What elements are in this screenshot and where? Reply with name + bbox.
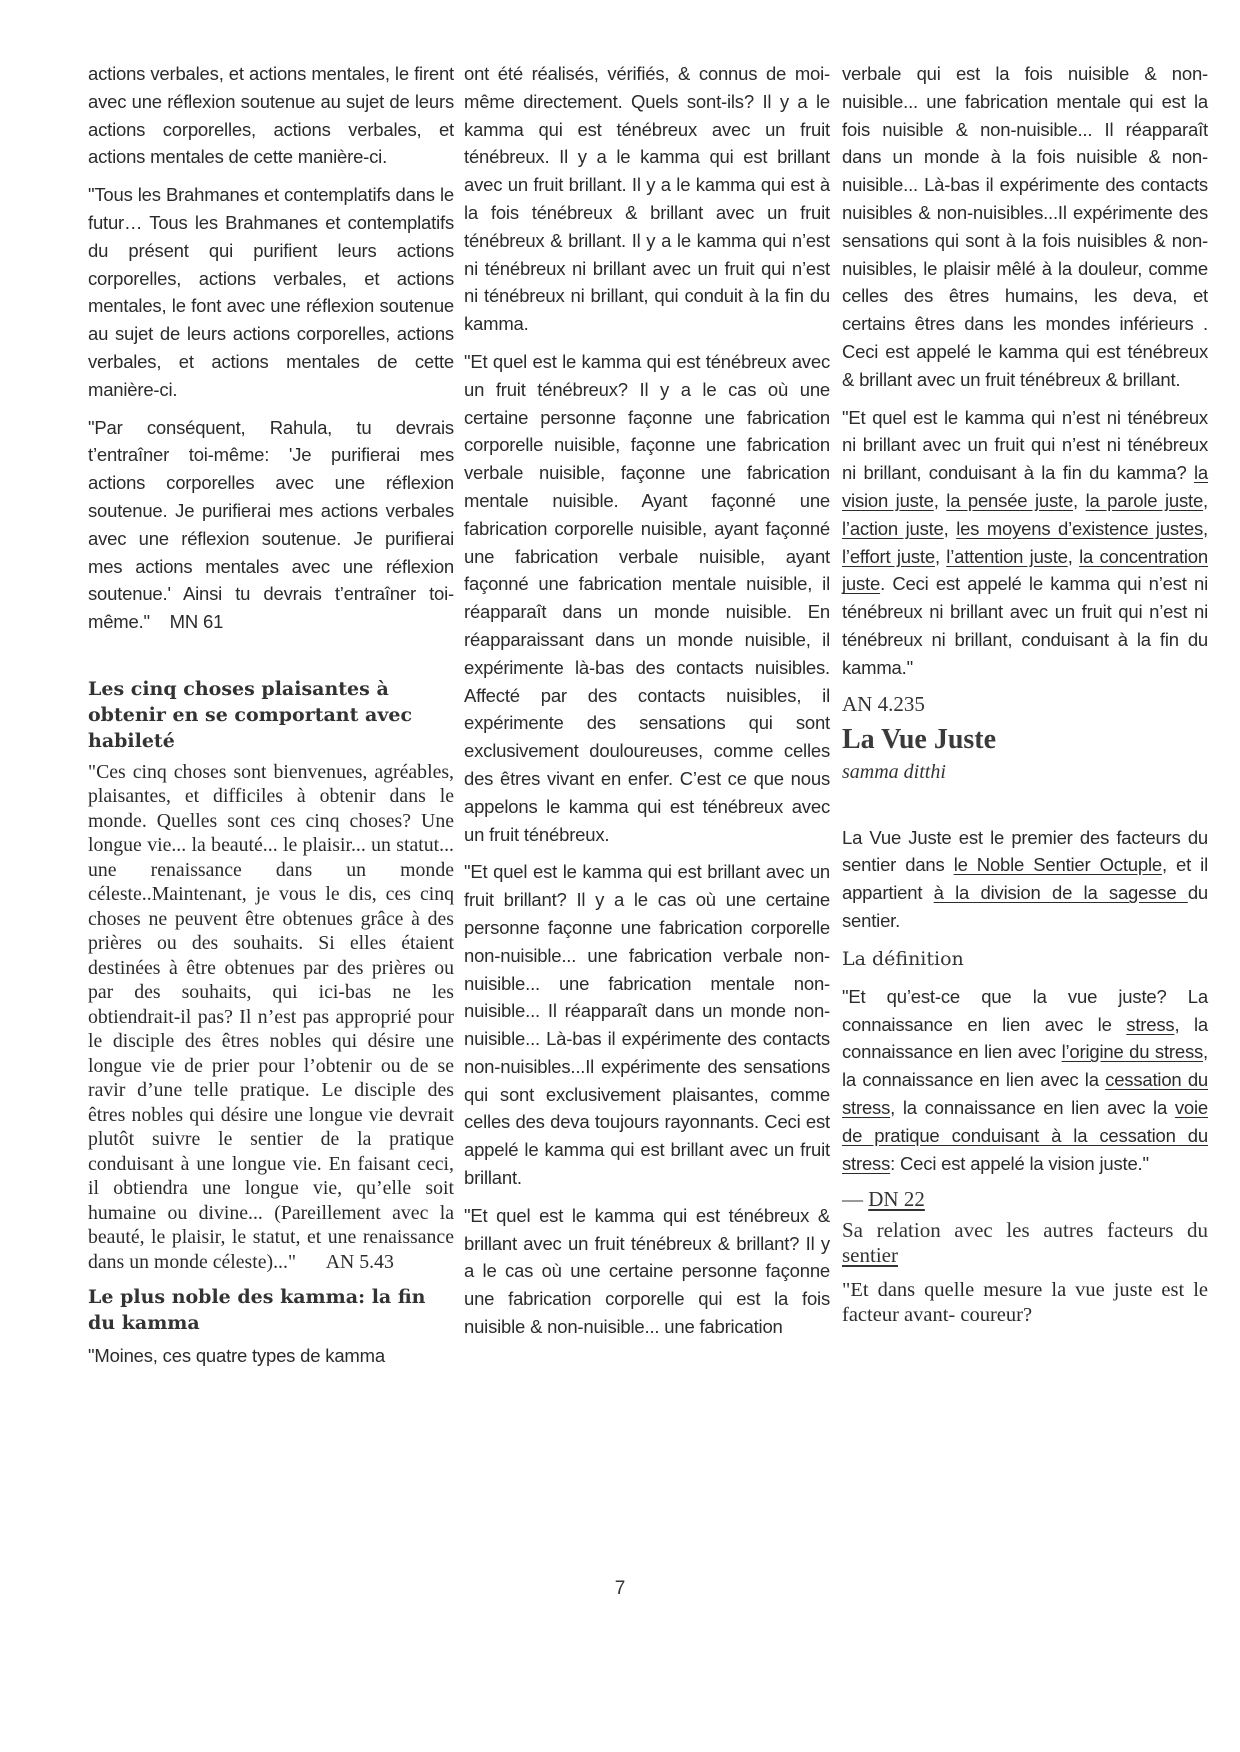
- paragraph: "Moines, ces quatre types de kamma: [88, 1342, 454, 1370]
- paragraph: "Et qu’est-ce que la vue juste? La conna…: [842, 983, 1208, 1178]
- column-1: actions verbales, et actions mentales, l…: [88, 60, 454, 1380]
- citation-an4-235: AN 4.235: [842, 692, 1208, 717]
- paragraph: "Et quel est le kamma qui n’est ni ténéb…: [842, 404, 1208, 682]
- link-action-juste[interactable]: l’action juste: [842, 518, 944, 539]
- link-parole-juste[interactable]: la parole juste: [1086, 490, 1203, 511]
- paragraph: La Vue Juste est le premier des facteurs…: [842, 824, 1208, 935]
- text: : Ceci est appelé la vision juste.": [890, 1153, 1149, 1174]
- section-heading-plus-noble-kamma: Le plus noble des kamma: la fin du kamma: [88, 1284, 454, 1336]
- paragraph: "Ces cinq choses sont bienvenues, agréab…: [88, 760, 454, 1275]
- subtitle-pali: samma ditthi: [842, 761, 1208, 784]
- paragraph: "Par conséquent, Rahula, tu devrais t’en…: [88, 414, 454, 636]
- text: Sa relation avec les autres facteurs du: [842, 1218, 1208, 1242]
- citation-dn22: — DN 22: [842, 1187, 1208, 1212]
- link-origine-stress[interactable]: l’origine du stress: [1062, 1041, 1203, 1062]
- paragraph: "Et quel est le kamma qui est ténébreux …: [464, 348, 830, 848]
- link-noble-sentier[interactable]: le Noble Sentier Octuple: [954, 854, 1162, 875]
- dash: —: [842, 1187, 868, 1211]
- link-pensee-juste[interactable]: la pensée juste: [946, 490, 1073, 511]
- link-sentier[interactable]: sentier: [842, 1243, 898, 1267]
- column-3: verbale qui est la fois nuisible & non-n…: [842, 60, 1208, 1337]
- section-heading-cinq-choses: Les cinq choses plaisantes à obtenir en …: [88, 676, 454, 754]
- page-number: 7: [0, 1578, 1240, 1600]
- link-effort-juste[interactable]: l’effort juste: [842, 546, 935, 567]
- paragraph: "Et dans quelle mesure la vue juste est …: [842, 1278, 1208, 1327]
- paragraph: verbale qui est la fois nuisible & non-n…: [842, 60, 1208, 394]
- text: "Et quel est le kamma qui n’est ni ténéb…: [842, 407, 1208, 484]
- section-title-vue-juste: La Vue Juste: [842, 723, 1208, 757]
- link-dn22[interactable]: DN 22: [868, 1187, 925, 1211]
- citation-an5-43: AN 5.43: [326, 1251, 394, 1273]
- link-division-sagesse[interactable]: à la division de la sagesse: [934, 882, 1188, 903]
- subheading-definition: La définition: [842, 945, 1208, 973]
- paragraph: "Et quel est le kamma qui est ténébreux …: [464, 1202, 830, 1341]
- paragraph: "Tous les Brahmanes et contemplatifs dan…: [88, 181, 454, 403]
- subheading-relation: Sa relation avec les autres facteurs du …: [842, 1218, 1208, 1268]
- text: . Ceci est appelé le kamma qui n’est ni …: [842, 573, 1208, 677]
- paragraph: ont été réalisés, vérifiés, & connus de …: [464, 60, 830, 338]
- text: , la connaissance en lien avec la: [890, 1097, 1175, 1118]
- link-stress[interactable]: stress: [1126, 1014, 1174, 1035]
- link-moyens-existence[interactable]: les moyens d’existence justes: [956, 518, 1203, 539]
- quote-text: "Ces cinq choses sont bienvenues, agréab…: [88, 761, 454, 1273]
- quote-text: "Par conséquent, Rahula, tu devrais t’en…: [88, 417, 454, 633]
- column-2: ont été réalisés, vérifiés, & connus de …: [464, 60, 830, 1351]
- link-attention-juste[interactable]: l’attention juste: [946, 546, 1067, 567]
- paragraph: "Et quel est le kamma qui est brillant a…: [464, 858, 830, 1192]
- citation-mn61: MN 61: [170, 611, 224, 632]
- paragraph: actions verbales, et actions mentales, l…: [88, 60, 454, 171]
